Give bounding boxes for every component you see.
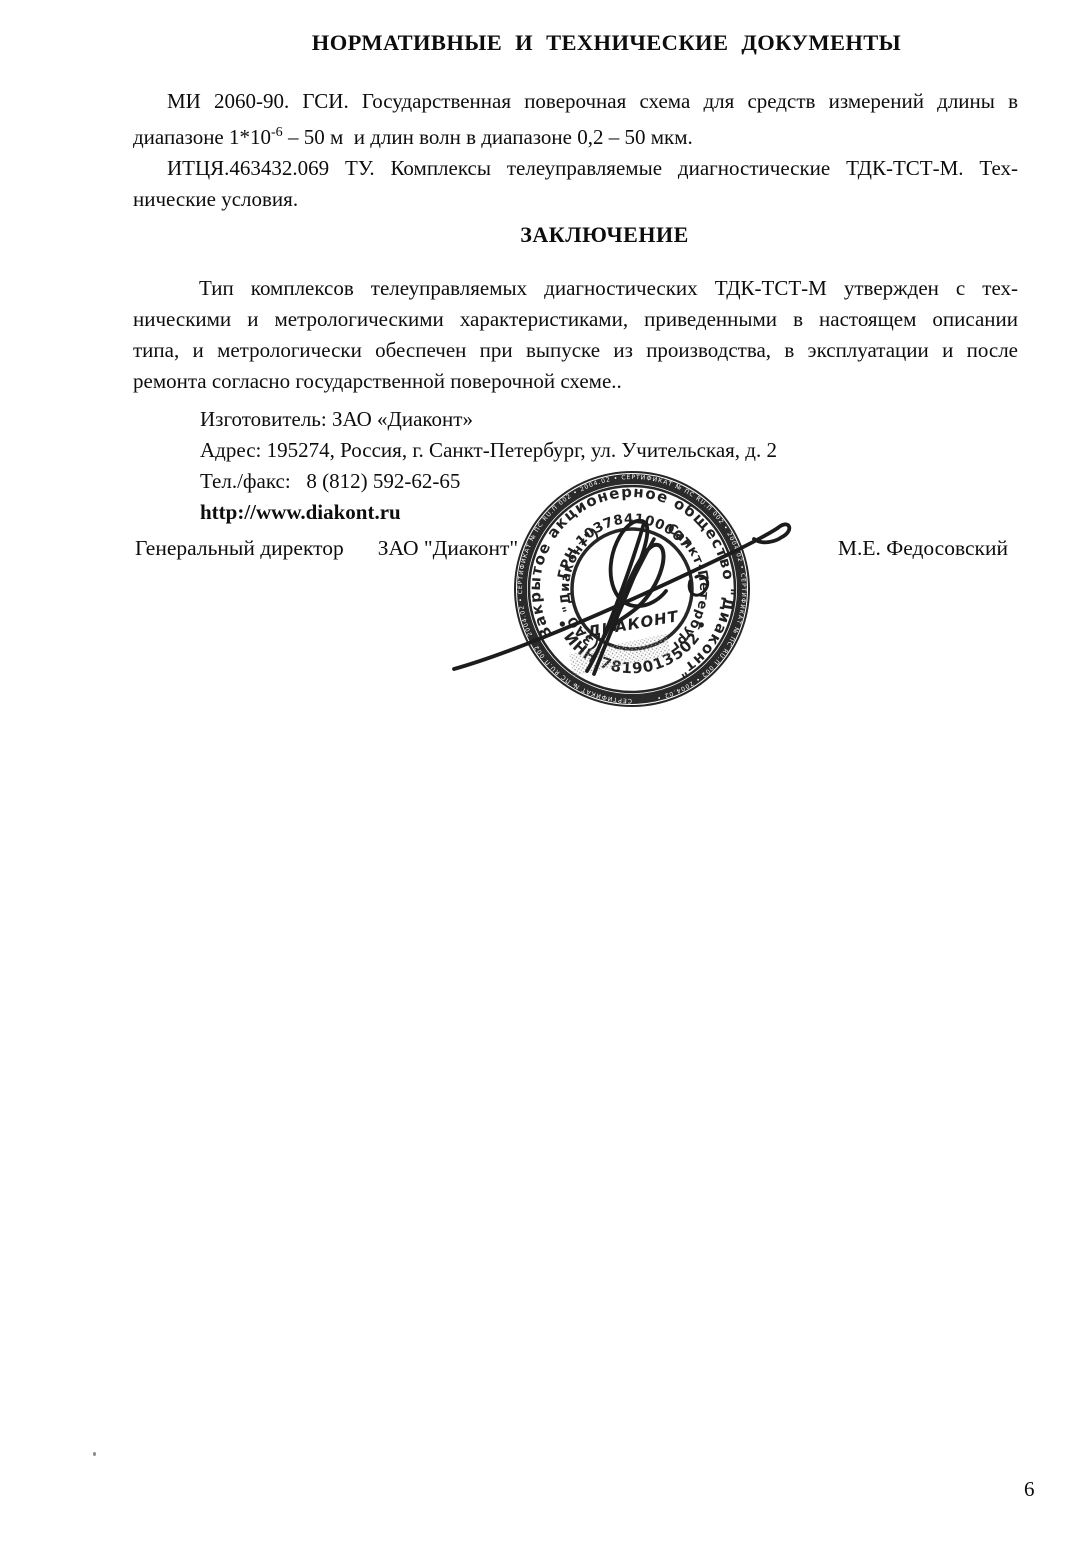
exponent: -6 xyxy=(271,125,283,140)
conclusion-line-1: Тип комплексов телеуправляемых диагности… xyxy=(133,273,1018,304)
conclusion-line-2: ническими и метрологическими характерист… xyxy=(133,304,1018,335)
normative-docs-paragraph: МИ 2060-90. ГСИ. Государственная повероч… xyxy=(133,86,1018,215)
range-text-post: – 50 м и длин волн в диапазоне 0,2 – 50 … xyxy=(283,125,693,149)
normative-line-2: диапазоне 1*10-6 – 50 м и длин волн в ди… xyxy=(133,117,1018,153)
manufacturer-name-line: Изготовитель: ЗАО «Диаконт» xyxy=(200,404,960,435)
stamp-body: СЕРТИФИКАТ № ПС RU.П 002 • 2004.02 • СЕР… xyxy=(454,472,789,706)
conclusion-paragraph: Тип комплексов телеуправляемых диагности… xyxy=(133,273,1018,397)
conclusion-heading: ЗАКЛЮЧЕНИЕ xyxy=(133,222,1018,248)
conclusion-line-4: ремонта согласно государственной повероч… xyxy=(133,366,1018,397)
document-page: НОРМАТИВНЫЕ И ТЕХНИЧЕСКИЕ ДОКУМЕНТЫ МИ 2… xyxy=(0,0,1092,1560)
director-name: М.Е. Федосовский xyxy=(838,536,1008,561)
range-text-pre: диапазоне 1*10 xyxy=(133,125,271,149)
section-title: НОРМАТИВНЫЕ И ТЕХНИЧЕСКИЕ ДОКУМЕНТЫ xyxy=(133,30,1018,56)
normative-line-1: МИ 2060-90. ГСИ. Государственная повероч… xyxy=(133,86,1018,117)
conclusion-line-3: типа, и метрологически обеспечен при вып… xyxy=(133,335,1018,366)
company-stamp: СЕРТИФИКАТ № ПС RU.П 002 • 2004.02 • СЕР… xyxy=(440,452,860,742)
normative-line-3: ИТЦЯ.463432.069 ТУ. Комплексы телеуправл… xyxy=(133,153,1018,184)
director-role: Генеральный директор xyxy=(135,536,344,560)
page-number: 6 xyxy=(1024,1477,1035,1502)
normative-line-4: нические условия. xyxy=(133,184,1018,215)
scan-artifact-dot xyxy=(93,1452,96,1456)
